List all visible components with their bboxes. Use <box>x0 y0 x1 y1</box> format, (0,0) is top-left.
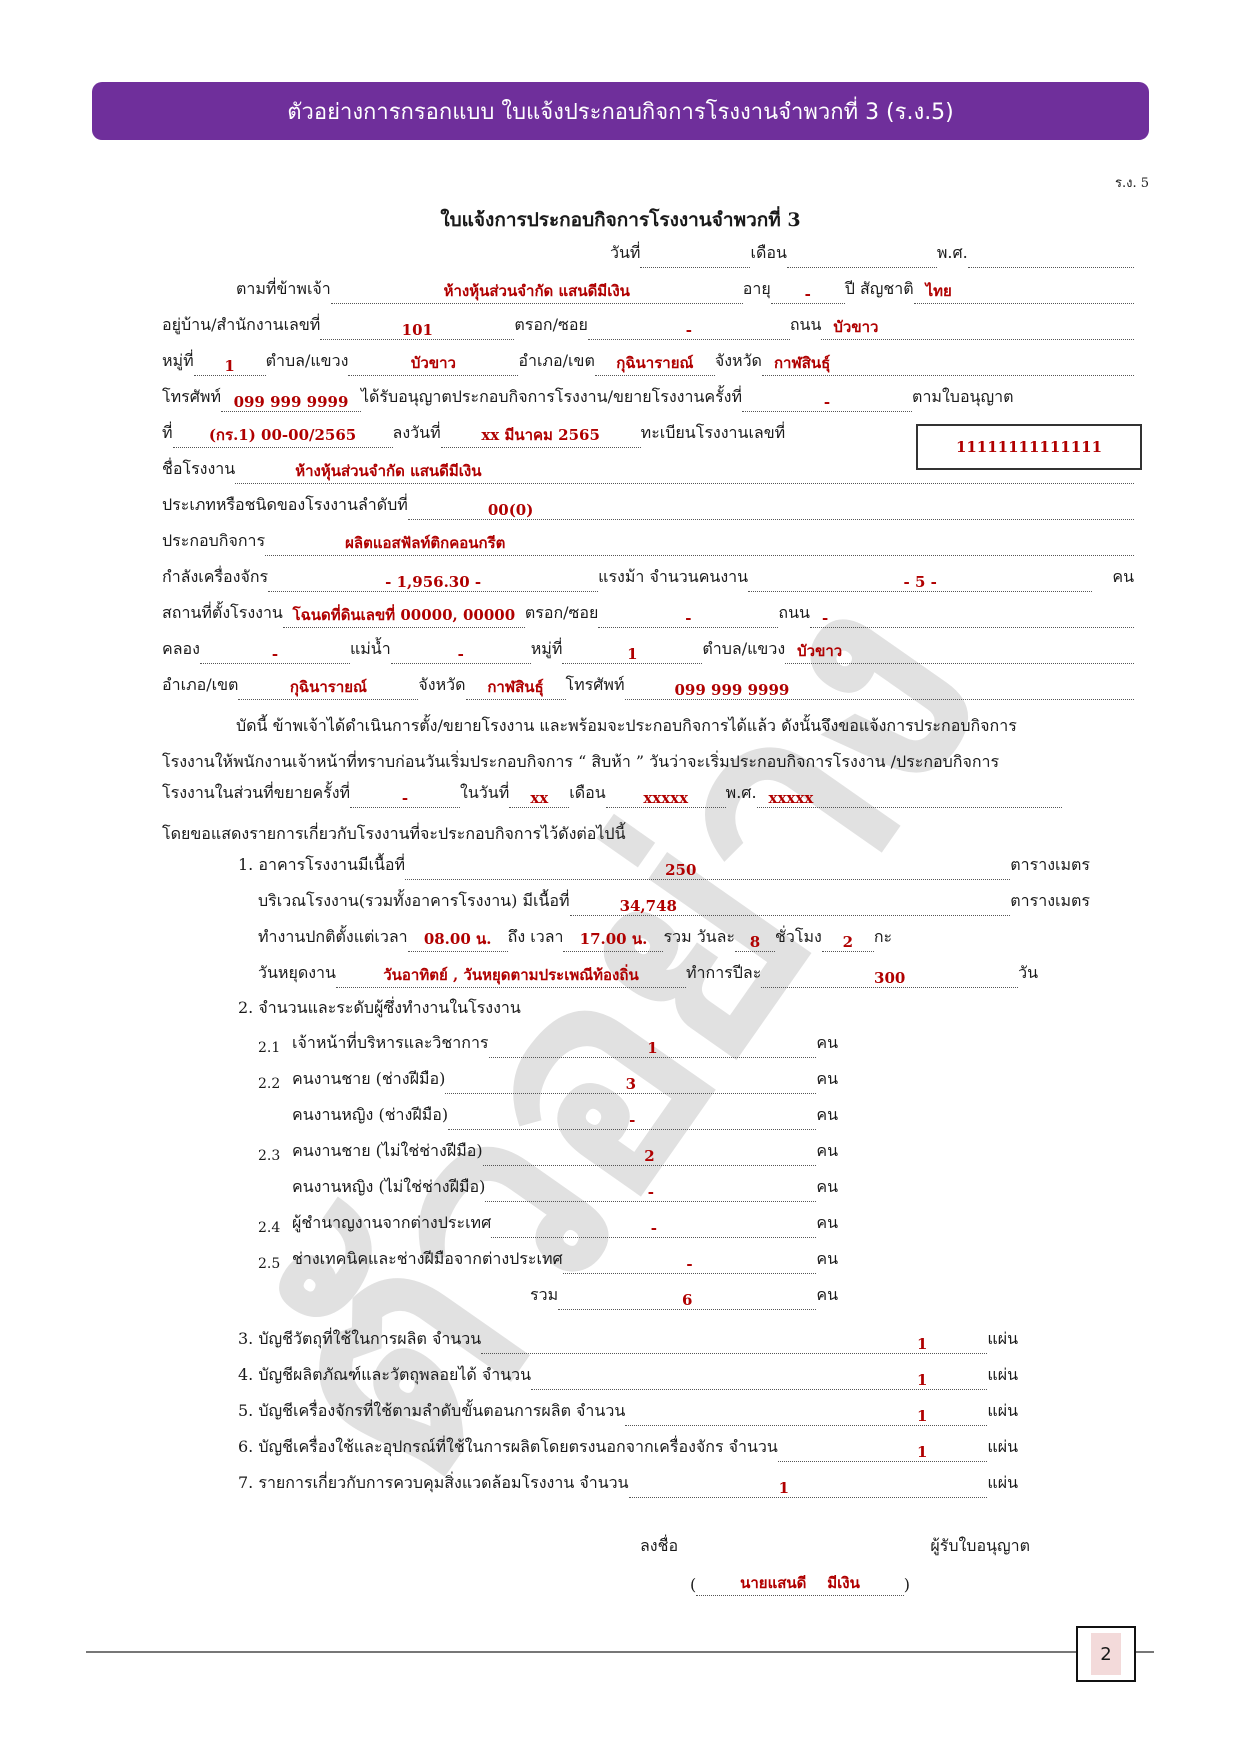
license-date-field[interactable]: xx มีนาคม 2565 <box>441 423 641 448</box>
building-area-field[interactable]: 250 <box>405 855 1010 880</box>
attachment-row: 5. บัญชีเครื่องจักรที่ใช้ตามลำดับขั้นตอน… <box>238 1394 1018 1426</box>
start-time-field[interactable]: 08.00 น. <box>408 927 508 952</box>
date-year-field[interactable] <box>968 243 1134 268</box>
attachment-row: 3. บัญชีวัตถุที่ใช้ในการผลิต จำนวน 1 แผ่… <box>238 1322 1018 1354</box>
worker-count-field[interactable]: 2 <box>483 1141 817 1166</box>
worker-row: 2.5 ช่างเทคนิคและช่างฝีมือจากต่างประเทศ … <box>258 1242 838 1274</box>
worker-row: คนงานหญิง (ไม่ใช่ช่างฝีมือ) - คน <box>258 1170 838 1202</box>
province-field[interactable]: กาฬสินธุ์ <box>762 351 1134 376</box>
work-hours-line: ทำงานปกติตั้งแต่เวลา 08.00 น. ถึง เวลา 1… <box>258 920 1018 952</box>
worker-count-field[interactable]: - <box>563 1249 817 1274</box>
address-no-field[interactable]: 101 <box>320 315 514 340</box>
workers-section-title: 2. จำนวนและระดับผู้ซึ่งทำงานในโรงงาน <box>238 990 1210 1026</box>
page-number-box: 2 <box>1076 1626 1136 1682</box>
waterway-line: คลอง - แม่น้ำ - หมู่ที่ 1 ตำบล/แขวง บัวข… <box>162 632 1134 664</box>
location-soi-field[interactable]: - <box>598 603 778 628</box>
hours-per-day-field[interactable]: 8 <box>735 927 775 952</box>
age-field[interactable]: - <box>771 279 845 304</box>
attachment-count-field[interactable]: 1 <box>629 1473 988 1498</box>
road-field[interactable]: บัวขาว <box>821 315 1134 340</box>
statement-line-4: โดยขอแสดงรายการเกี่ยวกับโรงงานที่จะประกอ… <box>162 816 1134 852</box>
site-area-field[interactable]: 34,748 <box>570 891 1011 916</box>
location-field[interactable]: โฉนดที่ดินเลขที่ 00000, 00000 <box>283 603 525 628</box>
worker-count-field[interactable]: - <box>485 1177 816 1202</box>
attachment-count-field[interactable]: 1 <box>625 1401 987 1426</box>
soi-field[interactable]: - <box>588 315 790 340</box>
canal-field[interactable]: - <box>200 639 350 664</box>
signer-name-line: ( นายแสนดี มีเงิน ) <box>690 1564 910 1596</box>
permit-line: โทรศัพท์ 099 999 9999 ได้รับอนุญาตประกอบ… <box>162 380 1134 412</box>
license-no-field[interactable]: (กร.1) 00-00/2565 <box>173 423 393 448</box>
location-province-field[interactable]: กาฬสินธุ์ <box>466 675 566 700</box>
signature-line: ลงชื่อ ผู้รับใบอนุญาต <box>640 1528 1030 1564</box>
factory-type-line: ประเภทหรือชนิดของโรงงานลำดับที่ 00(0) <box>162 488 1134 520</box>
attachment-row: 6. บัญชีเครื่องใช้และอุปกรณ์ที่ใช้ในการผ… <box>238 1430 1018 1462</box>
attachment-row: 7. รายการเกี่ยวกับการควบคุมสิ่งแวดล้อมโร… <box>238 1466 1018 1498</box>
address-line: อยู่บ้าน/สำนักงานเลขที่ 101 ตรอก/ซอย - ถ… <box>162 308 1134 340</box>
river-field[interactable]: - <box>391 639 531 664</box>
attachment-count-field[interactable]: 1 <box>481 1329 987 1354</box>
power-line: กำลังเครื่องจักร - 1,956.30 - แรงม้า จำน… <box>162 560 1134 592</box>
factory-name-field[interactable]: ห้างหุ้นส่วนจำกัด แสนดีมีเงิน <box>235 459 1134 484</box>
worker-row: 2.2 คนงานชาย (ช่างฝีมือ) 3 คน <box>258 1062 838 1094</box>
moo-field[interactable]: 1 <box>194 351 266 376</box>
applicant-line: ตามที่ข้าพเจ้า ห้างหุ้นส่วนจำกัด แสนดีมี… <box>162 272 1134 304</box>
attachment-count-field[interactable]: 1 <box>778 1437 988 1462</box>
end-time-field[interactable]: 17.00 น. <box>563 927 663 952</box>
statement-line-2: โรงงานให้พนักงานเจ้าหน้าที่ทราบก่อนวันเร… <box>162 744 1134 780</box>
signer-name-field[interactable]: นายแสนดี มีเงิน <box>696 1571 904 1596</box>
worker-count-field[interactable]: 1 <box>489 1033 817 1058</box>
factory-name-line: ชื่อโรงงาน ห้างหุ้นส่วนจำกัด แสนดีมีเงิน <box>162 452 1134 484</box>
expand-no-field[interactable]: - <box>350 783 460 808</box>
business-line: ประกอบกิจการ ผลิตแอสฟัลท์ติกคอนกรีต <box>162 524 1134 556</box>
amphoe-field[interactable]: กุฉินารายณ์ <box>595 351 715 376</box>
site-area-line: บริเวณโรงงาน(รวมทั้งอาคารโรงงาน) มีเนื้อ… <box>258 884 1090 916</box>
location-moo-field[interactable]: 1 <box>562 639 702 664</box>
date-day-field[interactable] <box>640 243 750 268</box>
holiday-field[interactable]: วันอาทิตย์ , วันหยุดตามประเพณีท้องถิ่น <box>336 963 686 988</box>
page-banner: ตัวอย่างการกรอกแบบ ใบแจ้งประกอบกิจการโรง… <box>92 82 1149 140</box>
location-road-field[interactable]: - <box>810 603 1134 628</box>
shifts-field[interactable]: 2 <box>822 927 874 952</box>
area-line: หมู่ที่ 1 ตำบล/แขวง บัวขาว อำเภอ/เขต กุฉ… <box>162 344 1134 376</box>
location2-line: อำเภอ/เขต กุฉินารายณ์ จังหวัด กาฬสินธุ์ … <box>162 668 1134 700</box>
location-amphoe-field[interactable]: กุฉินารายณ์ <box>238 675 418 700</box>
tambon-field[interactable]: บัวขาว <box>348 351 518 376</box>
workers-total-field[interactable]: 6 <box>558 1285 816 1310</box>
date-line: วันที่ เดือน พ.ศ. <box>162 236 1134 268</box>
workers-field[interactable]: - 5 - <box>748 567 1092 592</box>
worker-row: 2.1 เจ้าหน้าที่บริหารและวิชาการ 1 คน <box>258 1026 838 1058</box>
workers-total-row: รวม 6 คน <box>530 1278 838 1310</box>
worker-count-field[interactable]: 3 <box>445 1069 816 1094</box>
nationality-field[interactable]: ไทย <box>914 279 1134 304</box>
worker-row: 2.4 ผู้ชำนาญงานจากต่างประเทศ - คน <box>258 1206 838 1238</box>
business-field[interactable]: ผลิตแอสฟัลท์ติกคอนกรีต <box>265 531 1134 556</box>
location-line: สถานที่ตั้งโรงงาน โฉนดที่ดินเลขที่ 00000… <box>162 596 1134 628</box>
worker-count-field[interactable]: - <box>448 1105 816 1130</box>
phone-field[interactable]: 099 999 9999 <box>221 387 361 412</box>
applicant-name-field[interactable]: ห้างหุ้นส่วนจำกัด แสนดีมีเงิน <box>331 279 743 304</box>
factory-type-field[interactable]: 00(0) <box>408 495 1134 520</box>
statement-line-1: บัดนี้ ข้าพเจ้าได้ดำเนินการตั้ง/ขยายโรงง… <box>162 708 1134 744</box>
worker-count-field[interactable]: - <box>491 1213 816 1238</box>
form-title: ใบแจ้งการประกอบกิจการโรงงานจำพวกที่ 3 <box>0 205 1241 235</box>
statement-line-3: โรงงานในส่วนที่ขยายครั้งที่ - ในวันที่ x… <box>162 776 1062 808</box>
holiday-line: วันหยุดงาน วันอาทิตย์ , วันหยุดตามประเพณ… <box>258 956 1038 988</box>
footer-divider <box>86 1651 1154 1653</box>
worker-row: คนงานหญิง (ช่างฝีมือ) - คน <box>258 1098 838 1130</box>
permit-no-field[interactable]: - <box>742 387 912 412</box>
attachment-count-field[interactable]: 1 <box>531 1365 987 1390</box>
start-year-field[interactable]: xxxxx <box>757 783 1062 808</box>
workdays-field[interactable]: 300 <box>761 963 1018 988</box>
form-code: ร.ง. 5 <box>1115 172 1149 193</box>
worker-row: 2.3 คนงานชาย (ไม่ใช่ช่างฝีมือ) 2 คน <box>258 1134 838 1166</box>
license-line: ที่ (กร.1) 00-00/2565 ลงวันที่ xx มีนาคม… <box>162 416 902 448</box>
date-month-field[interactable] <box>787 243 937 268</box>
start-day-field[interactable]: xx <box>509 783 569 808</box>
attachment-row: 4. บัญชีผลิตภัณฑ์และวัตถุพลอยได้ จำนวน 1… <box>238 1358 1018 1390</box>
location-phone-field[interactable]: 099 999 9999 <box>625 675 1135 700</box>
building-area-line: 1. อาคารโรงงานมีเนื้อที่ 250 ตารางเมตร <box>238 848 1090 880</box>
start-month-field[interactable]: xxxxx <box>606 783 726 808</box>
machine-power-field[interactable]: - 1,956.30 - <box>268 567 598 592</box>
location-tambon-field[interactable]: บัวขาว <box>785 639 1134 664</box>
